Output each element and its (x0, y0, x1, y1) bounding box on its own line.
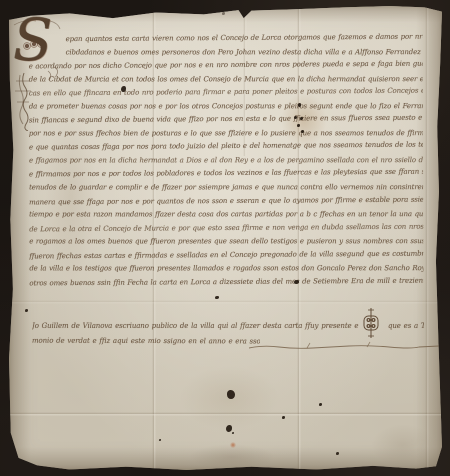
fold-crease-horizontal-lower (9, 412, 442, 416)
ink-blot (25, 309, 28, 312)
stain (371, 424, 435, 466)
fold-crease-horizontal-mid (9, 300, 442, 304)
ink-blot (297, 124, 300, 127)
manuscript-text-line: e ffirmamos por nos e por todos los pobl… (29, 166, 423, 182)
manuscript-text-line: de Lorca e la otra el Concejo de Murcia … (29, 220, 423, 236)
manuscript-text-line: epan quantos esta carta vieren como nos … (29, 31, 423, 47)
ink-blot (282, 416, 285, 419)
closing-flourish-rule (249, 339, 441, 355)
manuscript-text-line: otros omes buenos ssin ffin Fecha la car… (29, 274, 423, 290)
parchment-sheet: S epan quantos esta carta vieren como no… (9, 6, 442, 470)
ink-blot (232, 432, 234, 434)
ink-blot (319, 403, 322, 406)
manuscript-text-line: tiempo e por esta razon mandamos ffazer … (29, 208, 423, 222)
manuscript-text-line: e acordando por nos dicho Concejo que po… (29, 58, 423, 74)
manuscript-text-line: tenudos de lo guardar e complir e de ffa… (29, 181, 423, 195)
notarial-sign-quatrefoil (360, 308, 382, 338)
subscription-line-2: monio de verdat e ffiz aqui este mio ssi… (32, 337, 260, 346)
subscription-line-1: Jo Guillem de Vilanova escriuano publico… (32, 316, 424, 336)
ink-blot (222, 12, 225, 15)
charter-body-text: epan quantos esta carta vieren como nos … (29, 31, 424, 290)
manuscript-text-line: e que quantas cosas ffaga por nos pora t… (29, 139, 423, 155)
subscription-text: Jo Guillem de Vilanova escriuano publico… (32, 322, 360, 330)
subscription-text-after-sign: que es a Tesi (382, 322, 424, 330)
ink-blot (226, 425, 232, 432)
fold-crease-near-right-edge (425, 6, 429, 470)
ink-blot (215, 296, 219, 299)
manuscript-text-line: manera que sse ffaga por nos e por quant… (29, 193, 423, 209)
manuscript-text-line: sin ffiancas e segund dixo de buena vida… (29, 112, 423, 128)
manuscript-text-line: cas en ello que ffincara en todo nro pod… (29, 85, 423, 101)
ink-blot (227, 390, 235, 399)
red-speck (230, 442, 236, 448)
stain (189, 444, 275, 470)
ink-blot (336, 452, 339, 455)
ink-blot (159, 439, 161, 441)
